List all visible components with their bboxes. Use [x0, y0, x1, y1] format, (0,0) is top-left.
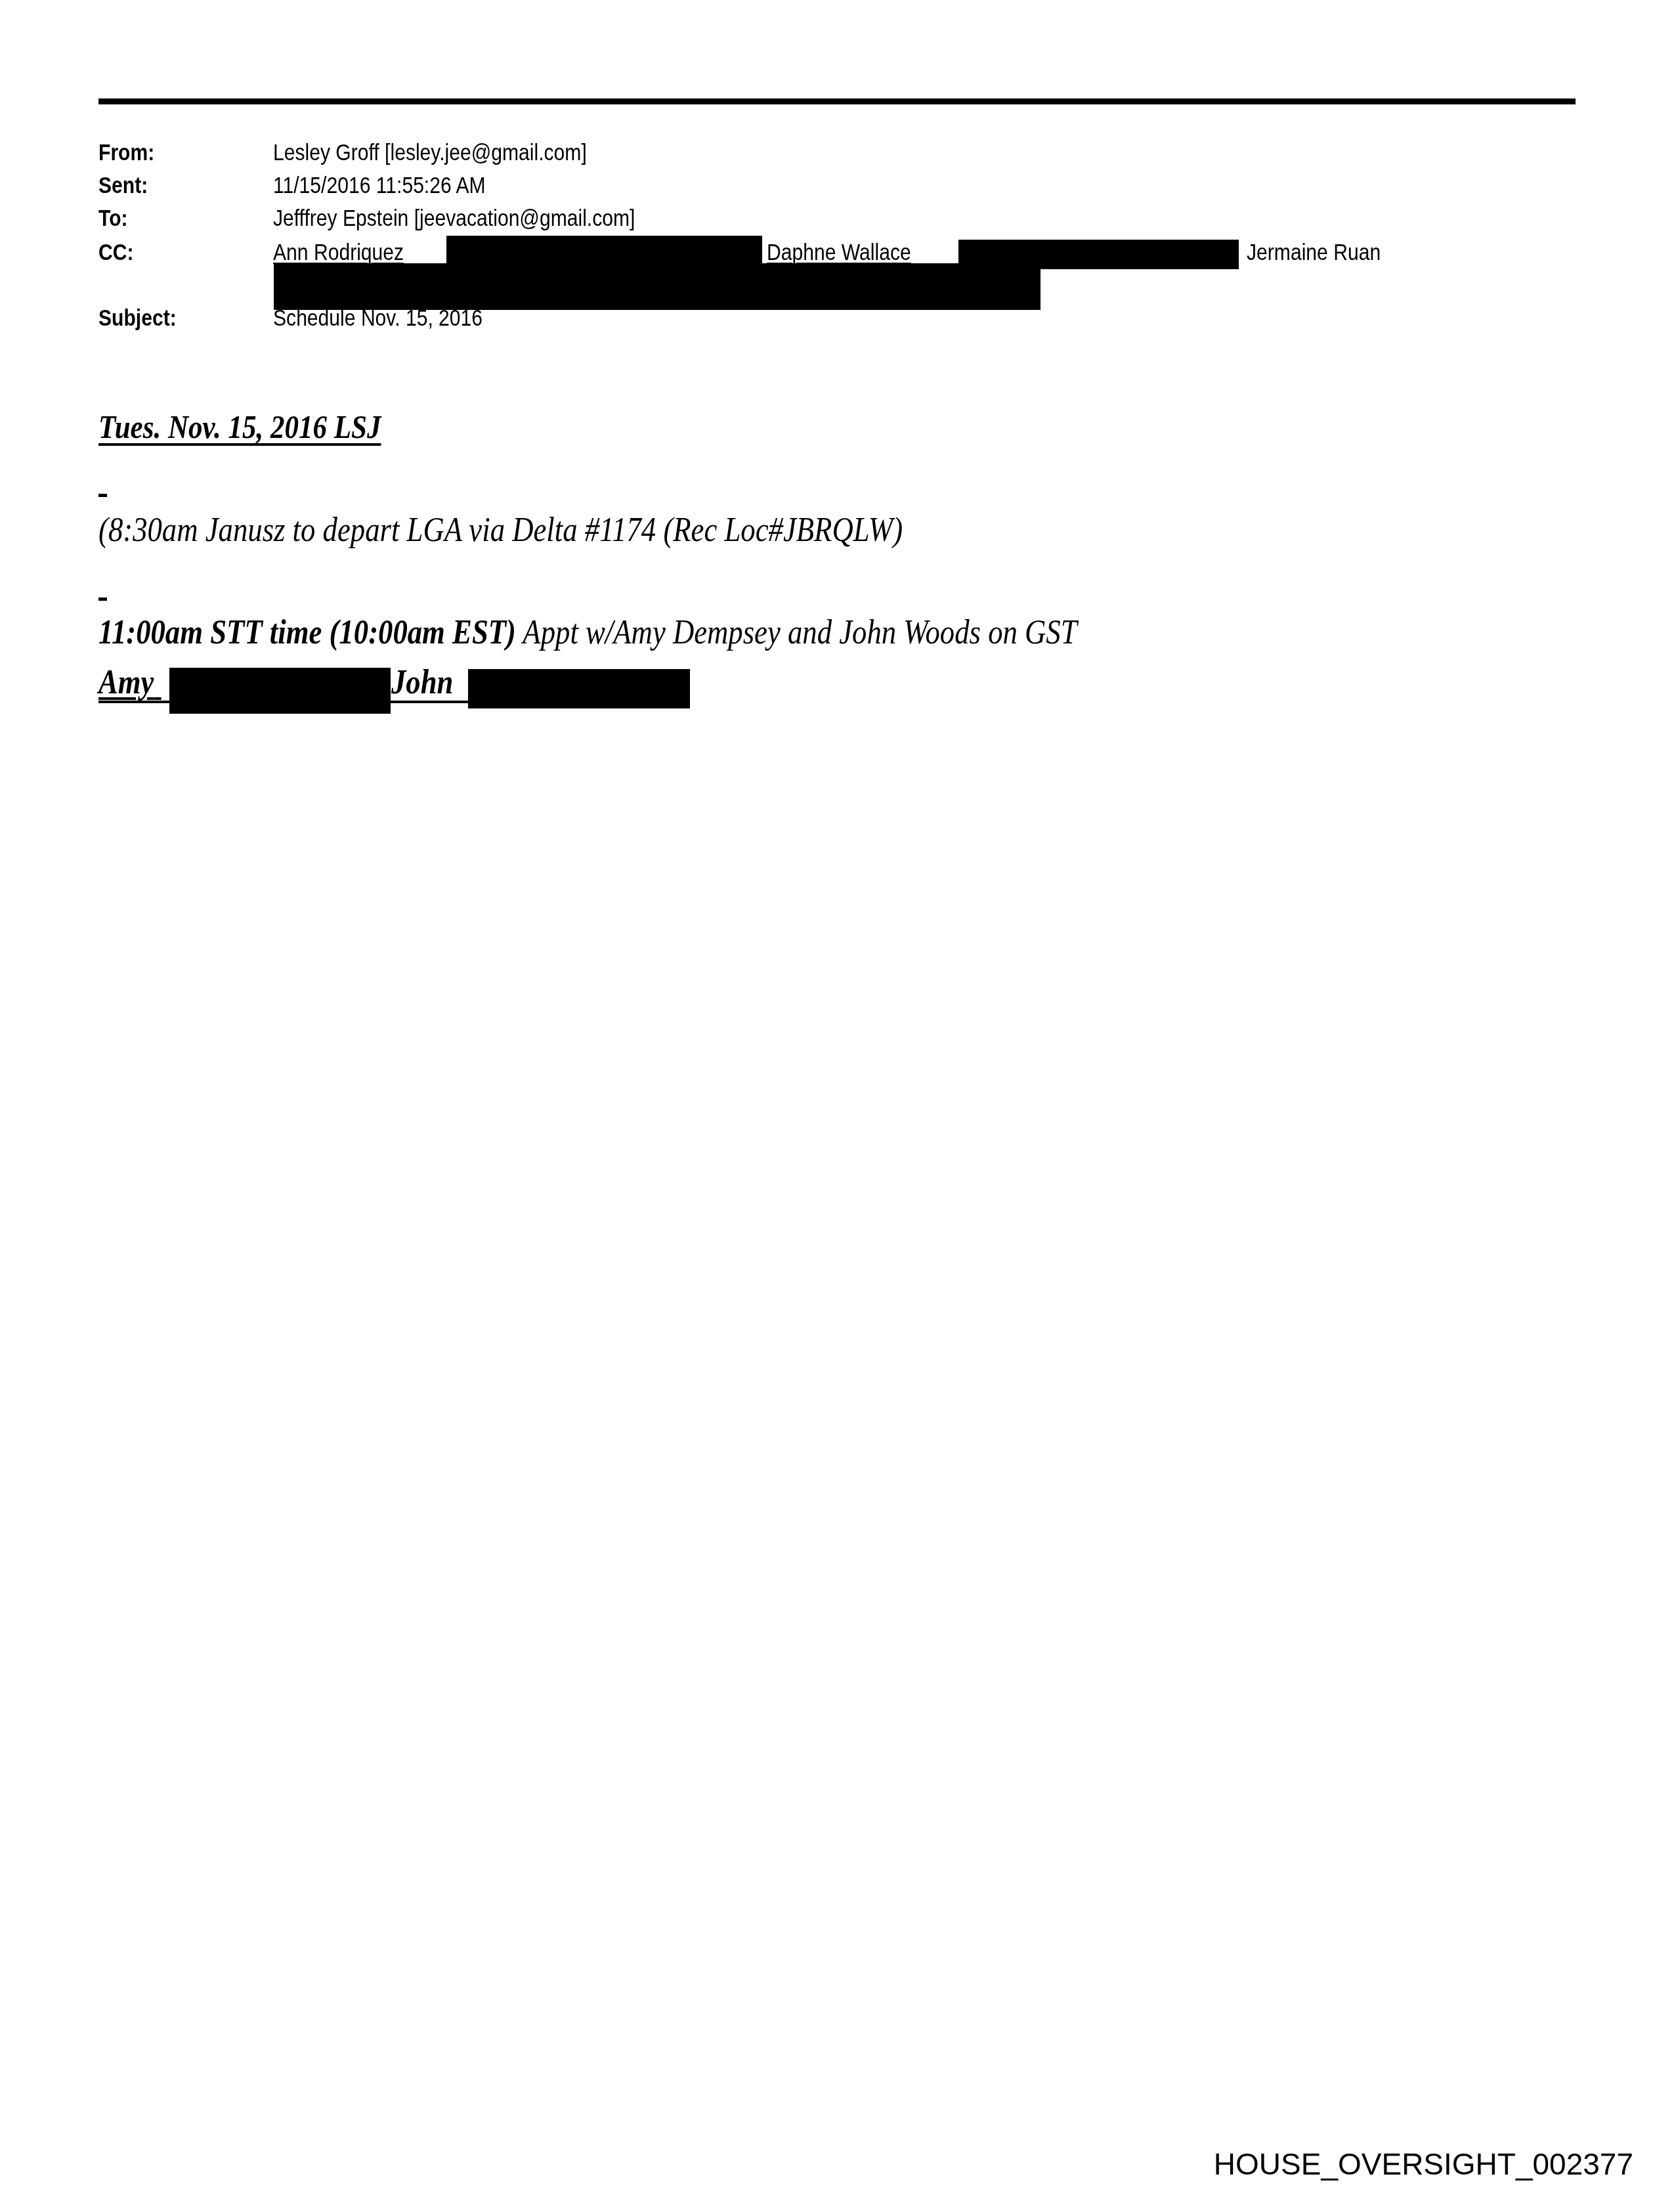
- to-value: Jefffrey Epstein [jeevacation@gmail.com]: [273, 202, 635, 235]
- from-value: Lesley Groff [lesley.jee@gmail.com]: [273, 137, 587, 169]
- to-label: To:: [98, 202, 128, 235]
- schedule-title: Tues. Nov. 15, 2016 LSJ: [98, 407, 381, 446]
- sent-value: 11/15/2016 11:55:26 AM: [273, 169, 486, 202]
- schedule-item-2-text: Appt w/Amy Dempsey and John Woods on GST: [516, 614, 1077, 651]
- bullet-dash: [98, 597, 107, 601]
- header-divider: [98, 98, 1576, 104]
- underline: [98, 701, 169, 703]
- bullet-dash: [98, 494, 107, 497]
- subject-value: Schedule Nov. 15, 2016: [273, 302, 483, 335]
- sent-label: Sent:: [98, 169, 148, 202]
- redaction-block: [468, 669, 690, 708]
- cc-label: CC:: [98, 236, 134, 269]
- contact-amy-label: Amy: [98, 664, 154, 701]
- cc-recipient-jermaine-ruan: Jermaine Ruan: [1247, 236, 1381, 269]
- contact-john: John: [391, 663, 453, 703]
- bates-number: HOUSE_OVERSIGHT_002377: [1214, 2146, 1633, 2182]
- redaction-block: [446, 236, 762, 263]
- schedule-item-2: 11:00am STT time (10:00am EST) Appt w/Am…: [98, 613, 1077, 653]
- schedule-item-1-text: (8:30am Janusz to depart LGA via Delta #…: [98, 511, 903, 549]
- schedule-item-1: (8:30am Janusz to depart LGA via Delta #…: [98, 511, 903, 550]
- contact-john-label: John: [391, 664, 453, 701]
- redaction-block: [169, 668, 391, 714]
- schedule-item-2-time: 11:00am STT time (10:00am EST): [98, 614, 516, 651]
- subject-label: Subject:: [98, 302, 177, 335]
- from-label: From:: [98, 137, 154, 169]
